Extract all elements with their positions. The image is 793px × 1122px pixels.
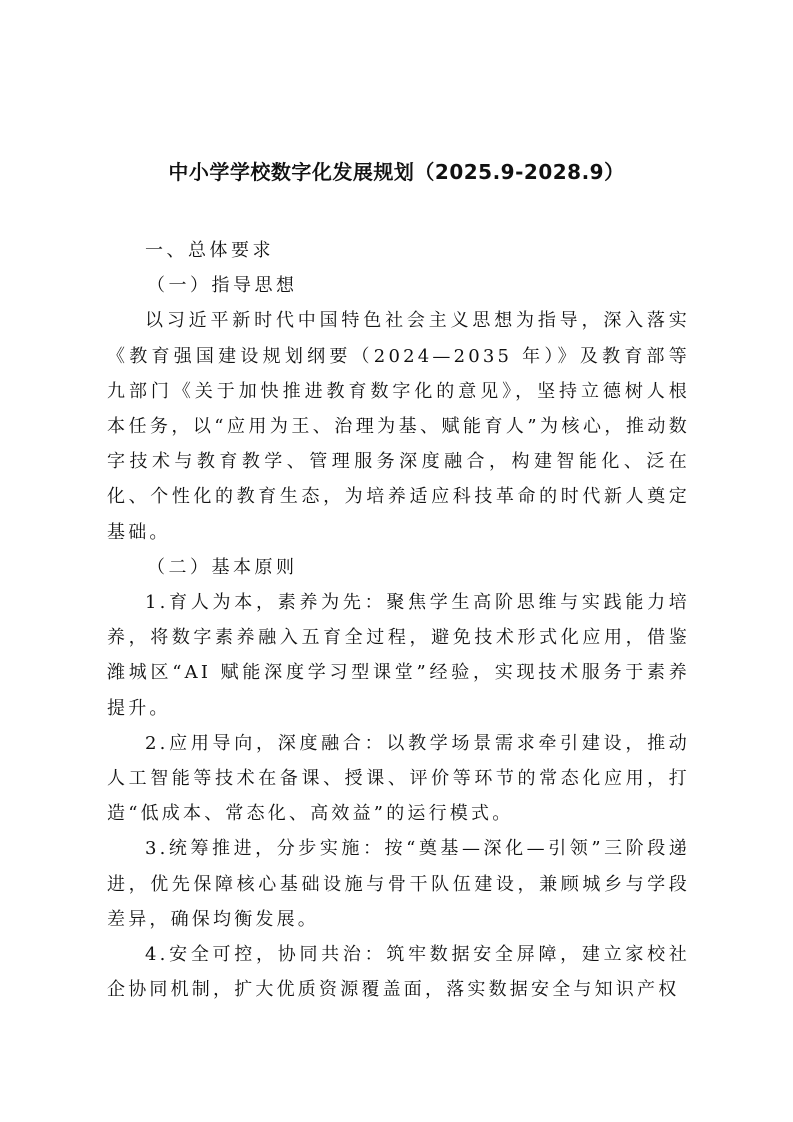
document-body: 一、总体要求 （一）指导思想 以习近平新时代中国特色社会主义思想为指导，深入落实… bbox=[107, 233, 690, 1007]
subsection-heading-basic-principles: （二）基本原则 bbox=[107, 550, 690, 585]
paragraph-principle-2: 2.应用导向，深度融合：以教学场景需求牵引建设，推动人工智能等技术在备课、授课、… bbox=[107, 726, 690, 832]
subsection-heading-guiding-ideology: （一）指导思想 bbox=[107, 268, 690, 303]
paragraph-principle-4: 4.安全可控，协同共治：筑牢数据安全屏障，建立家校社企协同机制，扩大优质资源覆盖… bbox=[107, 937, 690, 1007]
paragraph-principle-3: 3.统筹推进，分步实施：按“奠基—深化—引领”三阶段递进，优先保障核心基础设施与… bbox=[107, 831, 690, 937]
document-title: 中小学学校数字化发展规划（2025.9-2028.9） bbox=[0, 157, 793, 187]
paragraph-principle-1: 1.育人为本，素养为先：聚焦学生高阶思维与实践能力培养，将数字素养融入五育全过程… bbox=[107, 585, 690, 726]
section-heading-overall-requirements: 一、总体要求 bbox=[107, 233, 690, 268]
paragraph-guiding-ideology: 以习近平新时代中国特色社会主义思想为指导，深入落实《教育强国建设规划纲要（202… bbox=[107, 303, 690, 549]
document-page: 中小学学校数字化发展规划（2025.9-2028.9） 一、总体要求 （一）指导… bbox=[0, 0, 793, 1122]
